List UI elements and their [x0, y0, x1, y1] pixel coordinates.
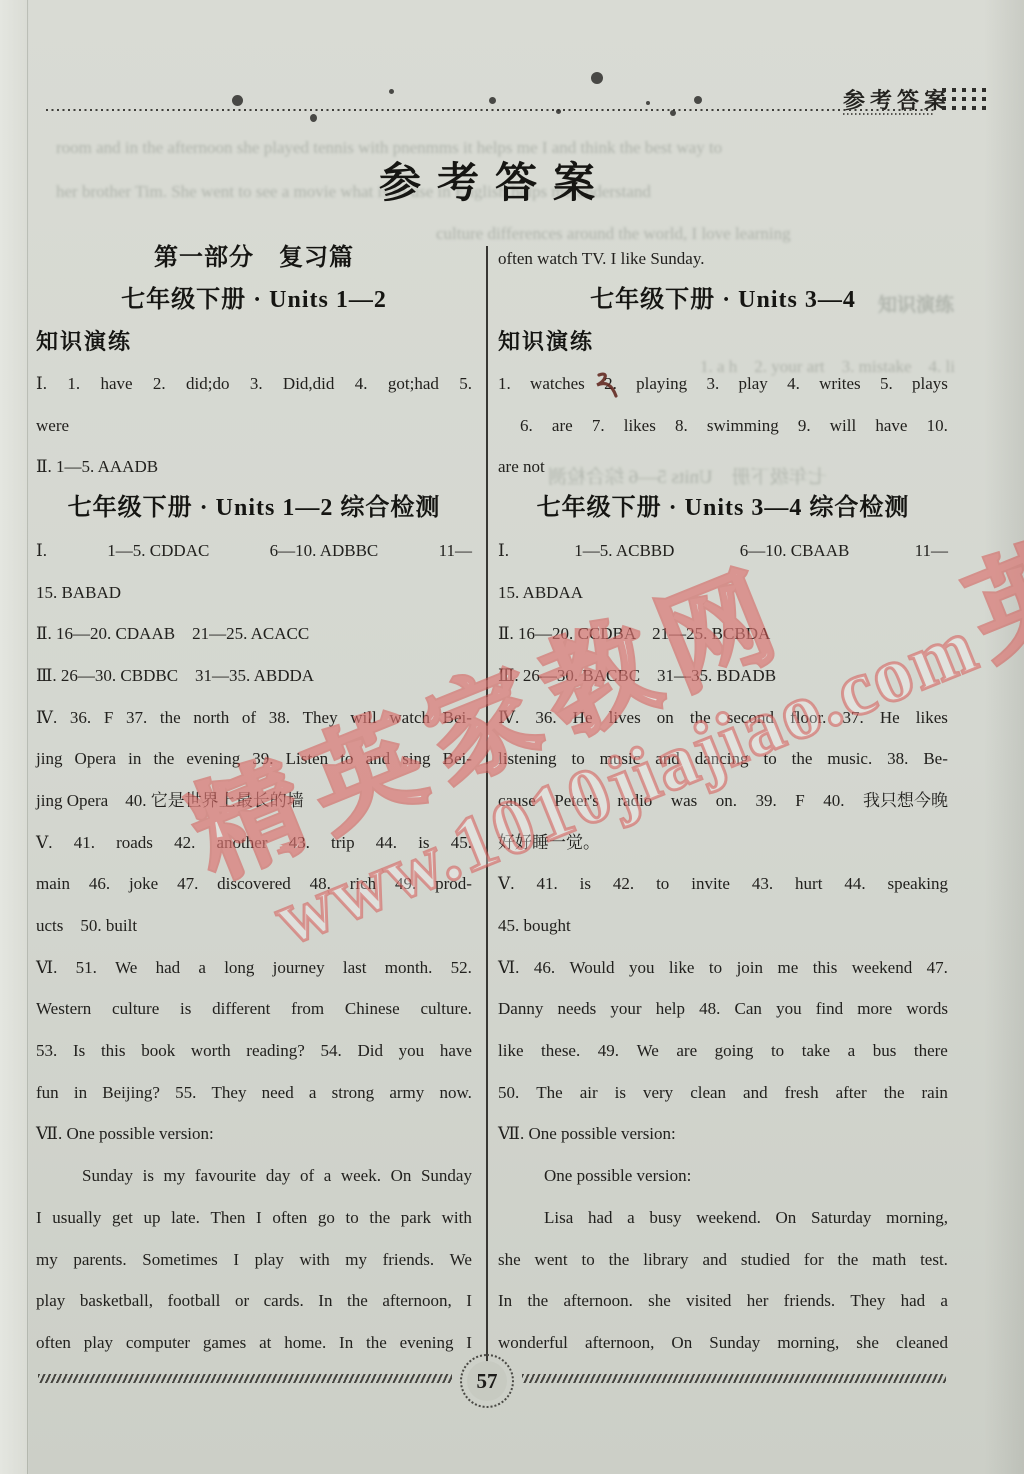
answer-line: 45. bought	[498, 905, 948, 947]
answer-line: myparents.SometimesIplaywithmyfriends.We	[36, 1239, 472, 1281]
answer-line: were	[36, 405, 472, 447]
answer-line: Dannyneedsyourhelp48.Canyoufindmorewords	[498, 988, 948, 1030]
left-column: 第一部分 复习篇七年级下册 · Units 1—2知识演练Ⅰ.1.have2.d…	[36, 238, 472, 1364]
page-number-badge: 57	[467, 1361, 507, 1401]
answer-line: main46.joke47.discovered48.rich49.prod-	[36, 863, 472, 905]
answer-line: Ⅲ. 26—30. BACBC 31—35. BDADB	[498, 655, 948, 697]
answer-line: One possible version:	[498, 1155, 948, 1197]
scanned-page: room and in the afternoon she played ten…	[0, 0, 1024, 1474]
answer-line: Ⅴ.41.is42.toinvite43.hurt44.speaking	[498, 863, 948, 905]
answer-line: 15. ABDAA	[498, 572, 948, 614]
answer-line: likethese.49.Wearegoingtotakeabusthere	[498, 1030, 948, 1072]
answer-line: 1.watches2.playing3.play4.writes5.plays	[498, 363, 948, 405]
answer-line: wonderfulafternoon,OnSundaymorning,shecl…	[498, 1322, 948, 1364]
answer-line: often watch TV. I like Sunday.	[498, 238, 948, 280]
answer-line: 知识演练	[498, 321, 948, 363]
ink-speck	[591, 72, 603, 84]
answer-line: 50.Theairisverycleanandfreshaftertherain	[498, 1072, 948, 1114]
answer-line: Ⅳ.36.Helivesonthesecondfloor.37.Helikes	[498, 697, 948, 739]
answer-line: Ⅴ.41.roads42.another43.trip44.is45.	[36, 822, 472, 864]
answer-line: Ⅱ. 1—5. AAADB	[36, 446, 472, 488]
page-fold-highlight	[0, 0, 27, 1474]
answer-line: Iusuallygetuplate.ThenIoftengototheparkw…	[36, 1197, 472, 1239]
answer-line: Intheafternoon.shevisitedherfriends.They…	[498, 1280, 948, 1322]
answer-line: 6.are7.likes8.swimming9.willhave10.	[498, 405, 948, 447]
answer-line: Ⅱ. 16—20. CCDBA 21—25. BCBDA	[498, 613, 948, 655]
ink-speck	[389, 89, 394, 94]
ink-speck	[646, 101, 650, 105]
ink-speck	[694, 96, 702, 104]
ink-speck	[232, 95, 243, 106]
footer-rule-left	[38, 1374, 452, 1383]
answer-line: 七年级下册 · Units 3—4 综合检测	[498, 488, 948, 530]
answer-line: Ⅶ. One possible version:	[498, 1113, 948, 1155]
answer-line: jingOperaintheevening39.ListentoandsingB…	[36, 738, 472, 780]
column-divider	[486, 246, 488, 1368]
answer-line: 七年级下册 · Units 1—2 综合检测	[36, 488, 472, 530]
answer-line: 53.Isthisbookworthreading?54.Didyouhave	[36, 1030, 472, 1072]
answer-line: shewenttothelibraryandstudiedforthematht…	[498, 1239, 948, 1281]
answer-line: 七年级下册 · Units 3—4	[498, 280, 948, 322]
header-dot-grid-icon	[939, 85, 989, 113]
ink-speck	[556, 109, 561, 114]
answer-line: Ⅵ.46.Wouldyouliketojoinmethisweekend47.	[498, 947, 948, 989]
answer-line: 好好睡一觉。	[498, 822, 948, 864]
page-fold-line	[27, 0, 29, 1474]
answer-line: Ⅱ. 16—20. CDAAB 21—25. ACACC	[36, 613, 472, 655]
answer-line: causePeter'sradiowason.39.F40.我只想今晚	[498, 780, 948, 822]
answer-line: Sundayismyfavouritedayofaweek.OnSunday	[36, 1155, 472, 1197]
ink-speck	[670, 110, 676, 116]
ink-speck	[489, 97, 496, 104]
ink-speck	[310, 114, 317, 122]
answer-line: Ⅰ.1—5. ACBBD6—10. CBAAB11—	[498, 530, 948, 572]
answer-line: Ⅲ. 26—30. CBDBC 31—35. ABDDA	[36, 655, 472, 697]
right-column: often watch TV. I like Sunday.七年级下册 · Un…	[498, 238, 948, 1364]
answer-line: are not	[498, 446, 948, 488]
answer-line: listeningtomusicanddancingtothemusic.38.…	[498, 738, 948, 780]
answer-line: ucts 50. built	[36, 905, 472, 947]
footer-rule-right	[522, 1374, 946, 1383]
answer-line: 15. BABAD	[36, 572, 472, 614]
answer-line: Lisahadabusyweekend.OnSaturdaymorning,	[498, 1197, 948, 1239]
answer-line: oftenplaycomputergamesathome.Intheevenin…	[36, 1322, 472, 1364]
answer-line: Ⅵ.51.Wehadalongjourneylastmonth.52.	[36, 947, 472, 989]
page-title: 参考答案	[0, 150, 990, 210]
answer-line: 七年级下册 · Units 1—2	[36, 280, 472, 322]
answer-line: WesterncultureisdifferentfromChinesecult…	[36, 988, 472, 1030]
answer-line: jing Opera 40. 它是世界上最长的墙	[36, 780, 472, 822]
header-dotted-rule	[46, 109, 936, 111]
answer-line: Ⅳ.36.F37.thenorthof38.TheywillwatchBei-	[36, 697, 472, 739]
answer-line: 知识演练	[36, 321, 472, 363]
answer-line: Ⅶ. One possible version:	[36, 1113, 472, 1155]
page-edge-shadow	[984, 0, 1024, 1474]
header-label-underline	[843, 113, 935, 115]
answer-line: playbasketball,footballorcards.Intheafte…	[36, 1280, 472, 1322]
answer-line: Ⅰ.1—5. CDDAC6—10. ADBBC11—	[36, 530, 472, 572]
answer-line: Ⅰ.1.have2.did;do3.Did,did4.got;had5.	[36, 363, 472, 405]
answer-line: 第一部分 复习篇	[36, 238, 472, 280]
answer-line: funinBeijing?55.Theyneedastrongarmynow.	[36, 1072, 472, 1114]
page-number: 57	[477, 1369, 498, 1394]
